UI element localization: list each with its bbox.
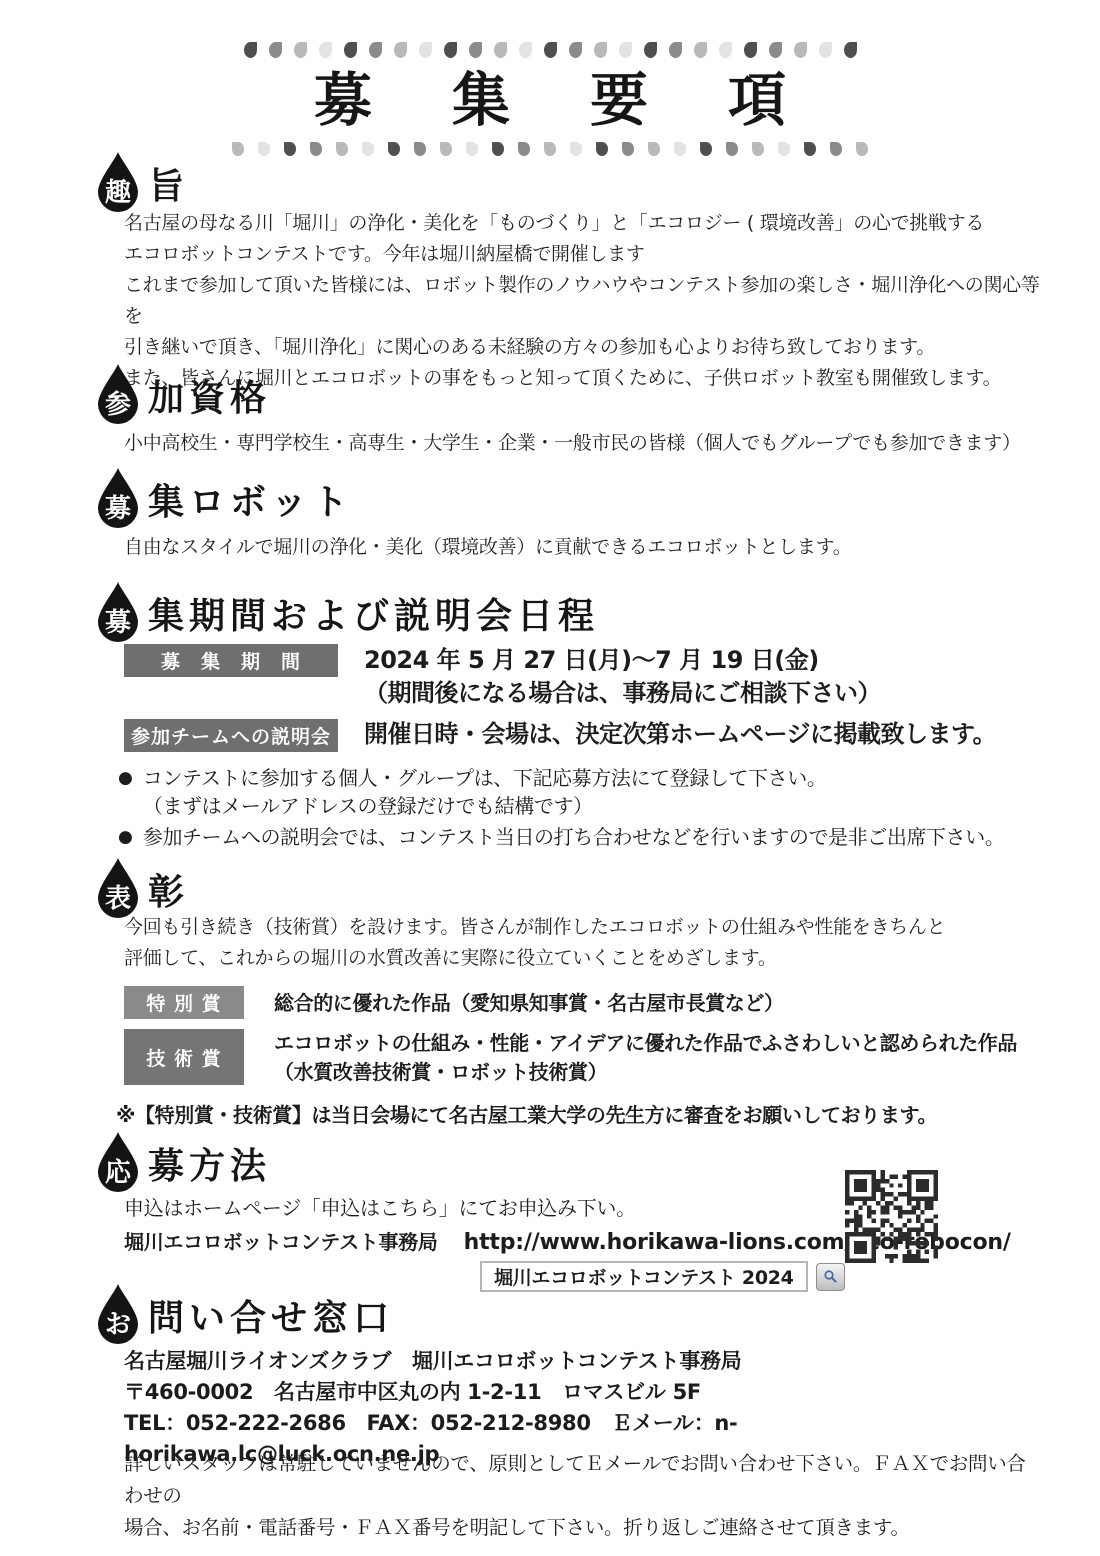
- section-contact-heading: お 問い合せ窓口: [90, 1282, 1040, 1346]
- period-text: 2024 年 5 月 27 日(月)～7 月 19 日(金) （期間後になる場合…: [364, 644, 881, 710]
- bullet-item: ● 参加チームへの説明会では、コンテスト当日の打ち合わせなどを行いますので是非ご…: [118, 823, 1040, 851]
- section-title: 集期間および説明会日程: [146, 597, 599, 644]
- section-purpose-heading: 趣 旨: [90, 150, 1040, 214]
- svg-text:お: お: [105, 1310, 131, 1340]
- water-drop-icon: 趣: [90, 150, 146, 214]
- water-drop-icon: 参: [90, 362, 146, 426]
- droplet-ornament-top: [0, 40, 1100, 58]
- water-drop-icon: お: [90, 1282, 146, 1346]
- section-eligibility-heading: 参 加資格: [90, 362, 1040, 426]
- contact-address: 〒460-0002 名古屋市中区丸の内 1-2-11 ロマスビル 5F: [124, 1377, 1040, 1408]
- svg-text:参: 参: [105, 390, 131, 420]
- section-robots-heading: 募 集ロボット: [90, 466, 1040, 530]
- awards-note: ※【特別賞・技術賞】は当日会場にて名古屋工業大学の先生方に審査をお願いしておりま…: [116, 1099, 1040, 1128]
- svg-text:表: 表: [105, 884, 131, 914]
- section-title: 集ロボット: [146, 483, 353, 530]
- qr-code: [845, 1170, 938, 1263]
- contact-footer-note: 詳しいスタッフは常駐していませんので、原則としてＥメールでお問い合わせ下さい。Ｆ…: [124, 1448, 1044, 1544]
- technical-award-label-box: 技 術 賞: [124, 1029, 244, 1085]
- svg-text:募: 募: [105, 608, 131, 638]
- award-row-special: 特 別 賞 総合的に優れた作品（愛知県知事賞・名古屋市長賞など）: [124, 986, 1040, 1019]
- apply-office: 堀川エコロボットコンテスト事務局: [124, 1226, 438, 1255]
- water-drop-icon: 応: [90, 1130, 146, 1194]
- section-title: 募方法: [146, 1147, 271, 1194]
- special-award-label-box: 特 別 賞: [124, 986, 244, 1019]
- water-drop-icon: 募: [90, 580, 146, 644]
- section-purpose: 趣 旨 名古屋の母なる川「堀川」の浄化・美化を「ものづくり」と「エコロジー ( …: [90, 150, 1040, 394]
- water-drop-icon: 表: [90, 856, 146, 920]
- section-title: 加資格: [146, 379, 271, 426]
- section-awards-heading: 表 彰: [90, 856, 1040, 920]
- svg-text:募: 募: [105, 494, 131, 524]
- section-contact: お 問い合せ窓口 名古屋堀川ライオンズクラブ 堀川エコロボットコンテスト事務局 …: [90, 1282, 1040, 1470]
- contact-organization: 名古屋堀川ライオンズクラブ 堀川エコロボットコンテスト事務局: [124, 1346, 1040, 1377]
- technical-award-text: エコロボットの仕組み・性能・アイデアに優れた作品でふさわしいと認められた作品 （…: [274, 1029, 1017, 1087]
- section-title: 旨: [146, 167, 189, 214]
- schedule-row-briefing: 参加チームへの説明会 開催日時・会場は、決定次第ホームページに掲載致します。: [124, 719, 1040, 752]
- page-title: 募集要項: [0, 64, 1100, 136]
- bullet-item: ● コンテストに参加する個人・グループは、下記応募方法にて登録して下さい。 （ま…: [118, 764, 1040, 820]
- period-label-box: 募 集 期 間: [124, 644, 338, 677]
- briefing-label-box: 参加チームへの説明会: [124, 719, 338, 752]
- awards-body: 今回も引き続き（技術賞）を設けます。皆さんが制作したエコロボットの仕組みや性能を…: [124, 912, 1040, 974]
- section-eligibility: 参 加資格 小中高校生・専門学校生・高専生・大学生・企業・一般市民の皆様（個人で…: [90, 362, 1040, 459]
- svg-text:趣: 趣: [105, 178, 131, 208]
- document-header: 募集要項: [0, 40, 1100, 156]
- section-schedule-heading: 募 集期間および説明会日程: [90, 580, 1040, 644]
- bullet-dot-icon: ●: [118, 764, 133, 792]
- water-drop-icon: 募: [90, 466, 146, 530]
- eligibility-body: 小中高校生・専門学校生・高専生・大学生・企業・一般市民の皆様（個人でもグループで…: [124, 428, 1040, 459]
- briefing-text: 開催日時・会場は、決定次第ホームページに掲載致します。: [364, 719, 996, 750]
- award-row-technical: 技 術 賞 エコロボットの仕組み・性能・アイデアに優れた作品でふさわしいと認めら…: [124, 1029, 1040, 1087]
- schedule-row-period: 募 集 期 間 2024 年 5 月 27 日(月)～7 月 19 日(金) （…: [124, 644, 1040, 710]
- section-title: 問い合せ窓口: [146, 1299, 394, 1346]
- special-award-text: 総合的に優れた作品（愛知県知事賞・名古屋市長賞など）: [274, 989, 784, 1018]
- document-page: 募集要項 趣 旨 名古屋の母なる川「堀川」の浄化・美化を「ものづくり」と「エコロ…: [0, 0, 1100, 1556]
- bullet-dot-icon: ●: [118, 823, 133, 851]
- section-robots: 募 集ロボット 自由なスタイルで堀川の浄化・美化（環境改善）に貢献できるエコロボ…: [90, 466, 1040, 563]
- section-awards: 表 彰 今回も引き続き（技術賞）を設けます。皆さんが制作したエコロボットの仕組み…: [90, 856, 1040, 1128]
- robots-body: 自由なスタイルで堀川の浄化・美化（環境改善）に貢献できるエコロボットとします。: [124, 532, 1040, 563]
- schedule-bullets: ● コンテストに参加する個人・グループは、下記応募方法にて登録して下さい。 （ま…: [118, 764, 1040, 851]
- section-schedule: 募 集期間および説明会日程 募 集 期 間 2024 年 5 月 27 日(月)…: [90, 580, 1040, 851]
- svg-text:応: 応: [105, 1157, 132, 1188]
